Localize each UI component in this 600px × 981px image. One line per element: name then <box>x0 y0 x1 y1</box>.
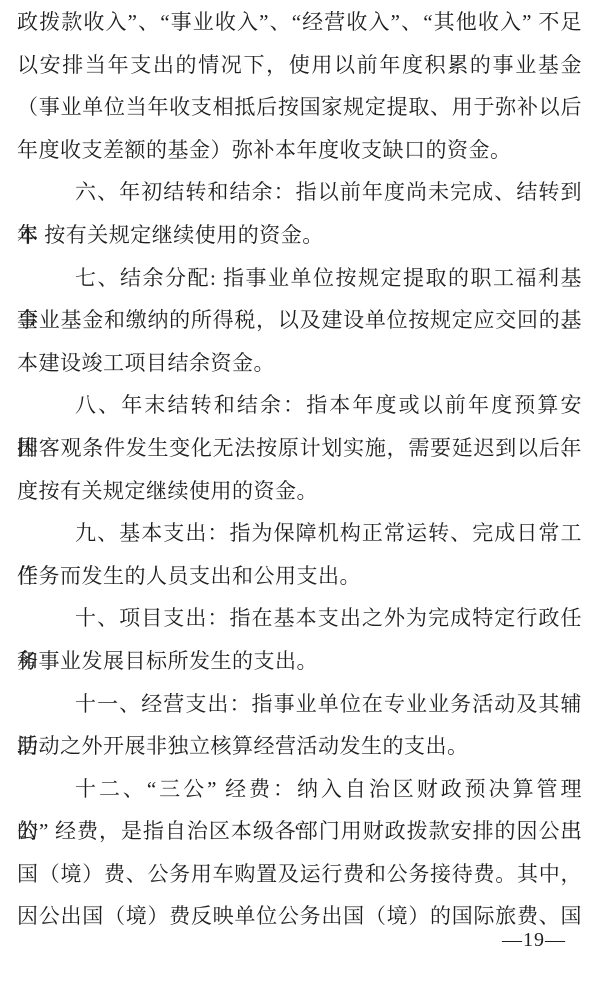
text-line: 因客观条件发生变化无法按原计划实施，需要延迟到以后年 <box>17 427 582 470</box>
text-line: （事业单位当年收支相抵后按国家规定提取、用于弥补以后 <box>17 86 582 129</box>
text-line: 公” 经费，是指自治区本级各部门用财政拨款安排的因公出 <box>17 810 582 853</box>
text-line: 和事业发展目标所发生的支出。 <box>17 640 582 683</box>
body-text: 政拨款收入”、“事业收入”、“经营收入”、“其他收入” 不足以安排当年支出的情况… <box>17 1 582 938</box>
text-line: 年 按有关规定继续使用的资金。 <box>17 214 582 257</box>
text-line: 十、项目支出：指在基本支出之外为完成特定行政任务 <box>17 597 582 640</box>
text-line: 七、结余分配: 指事业单位按规定提取的职工福利基金、 <box>17 257 582 300</box>
page-number: —19— <box>502 929 566 951</box>
text-line: 年度收支差额的基金）弥补本年度收支缺口的资金。 <box>17 129 582 172</box>
text-line: 六、年初结转和结余：指以前年度尚未完成、结转到本 <box>17 171 582 214</box>
text-line: 因公出国（境）费反映单位公务出国（境）的国际旅费、国 <box>17 895 582 938</box>
text-line: 活动之外开展非独立核算经营活动发生的支出。 <box>17 725 582 768</box>
text-line: 事业基金和缴纳的所得税，以及建设单位按规定应交回的基 <box>17 299 582 342</box>
text-line: 国（境）费、公务用车购置及运行费和公务接待费。其中， <box>17 853 582 896</box>
text-line: 任务而发生的人员支出和公用支出。 <box>17 555 582 598</box>
text-line: 度按有关规定继续使用的资金。 <box>17 470 582 513</box>
text-line: 政拨款收入”、“事业收入”、“经营收入”、“其他收入” 不足 <box>17 1 582 44</box>
text-line: 八、年末结转和结余：指本年度或以前年度预算安排、 <box>17 384 582 427</box>
text-line: 本建设竣工项目结余资金。 <box>17 342 582 385</box>
text-line: 十二、“三公” 经费：纳入自治区财政预决算管理的“三 <box>17 768 582 811</box>
text-line: 九、基本支出：指为保障机构正常运转、完成日常工作 <box>17 512 582 555</box>
text-line: 十一、经营支出：指事业单位在专业业务活动及其辅助 <box>17 683 582 726</box>
text-line: 以安排当年支出的情况下，使用以前年度积累的事业基金 <box>17 44 582 87</box>
document-page: 政拨款收入”、“事业收入”、“经营收入”、“其他收入” 不足以安排当年支出的情况… <box>0 0 600 981</box>
